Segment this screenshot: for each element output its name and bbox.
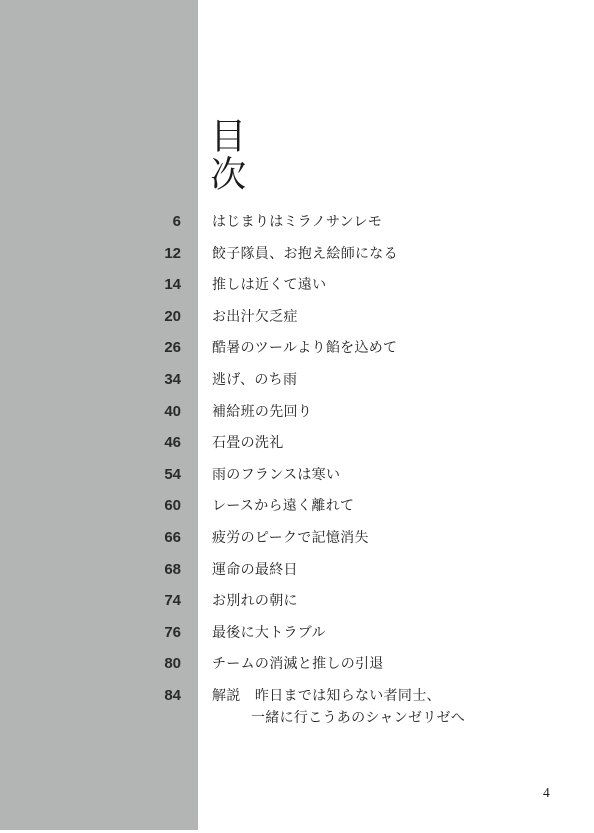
toc-page-number: 54 xyxy=(0,464,181,486)
toc-entry-title-line1: 解説 昨日までは知らない者同士、 xyxy=(212,689,441,704)
toc-entry-title-line1: 運命の最終日 xyxy=(212,563,298,578)
toc-row: 74お別れの朝に xyxy=(0,590,594,613)
toc-entry-title-line1: 酷暑のツールより餡を込めて xyxy=(212,341,397,356)
toc-entry-title: 推しは近くて遠い xyxy=(212,275,326,297)
toc-page: 目次 6はじまりはミラノサンレモ12餃子隊員、お抱え絵師になる14推しは近くて遠… xyxy=(0,0,594,833)
toc-entry-title-line1: お出汁欠乏症 xyxy=(212,310,298,325)
toc-entry-title: 最後に大トラブル xyxy=(212,623,326,645)
toc-page-number: 26 xyxy=(0,337,181,359)
toc-entry-title: 石畳の洗礼 xyxy=(212,433,284,455)
toc-entry-title-line1: お別れの朝に xyxy=(212,594,298,609)
toc-entry-title-line1: レースから遠く離れて xyxy=(212,499,354,514)
toc-page-number: 12 xyxy=(0,243,181,265)
toc-entry-title: 疲労のピークで記憶消失 xyxy=(212,528,369,550)
toc-page-number: 20 xyxy=(0,306,181,328)
toc-row: 12餃子隊員、お抱え絵師になる xyxy=(0,243,594,266)
toc-page-number: 66 xyxy=(0,527,181,549)
toc-row: 54雨のフランスは寒い xyxy=(0,464,594,487)
toc-entry-title: お別れの朝に xyxy=(212,591,298,613)
toc-row: 80チームの消滅と推しの引退 xyxy=(0,653,594,676)
toc-page-number: 60 xyxy=(0,495,181,517)
toc-entry-title-line1: 推しは近くて遠い xyxy=(212,278,326,293)
toc-row: 84解説 昨日までは知らない者同士、一緒に行こうあのシャンゼリゼへ xyxy=(0,685,594,730)
toc-entry-title: 補給班の先回り xyxy=(212,402,312,424)
toc-row: 14推しは近くて遠い xyxy=(0,274,594,297)
toc-page-number: 74 xyxy=(0,590,181,612)
toc-row: 66疲労のピークで記憶消失 xyxy=(0,527,594,550)
toc-row: 60レースから遠く離れて xyxy=(0,495,594,518)
toc-row: 20お出汁欠乏症 xyxy=(0,306,594,329)
toc-row: 6はじまりはミラノサンレモ xyxy=(0,211,594,234)
toc-page-number: 14 xyxy=(0,274,181,296)
toc-page-number: 68 xyxy=(0,559,181,581)
toc-entry-title: チームの消滅と推しの引退 xyxy=(212,654,384,676)
toc-entry-title-line1: チームの消滅と推しの引退 xyxy=(212,657,384,672)
toc-entry-title-line1: 疲労のピークで記憶消失 xyxy=(212,531,369,546)
toc-page-number: 84 xyxy=(0,685,181,707)
toc-row: 40補給班の先回り xyxy=(0,401,594,424)
toc-row: 68運命の最終日 xyxy=(0,559,594,582)
toc-entry-title-line1: 雨のフランスは寒い xyxy=(212,468,340,483)
toc-entry-title: はじまりはミラノサンレモ xyxy=(212,212,382,234)
toc-row: 34逃げ、のち雨 xyxy=(0,369,594,392)
toc-list: 6はじまりはミラノサンレモ12餃子隊員、お抱え絵師になる14推しは近くて遠い20… xyxy=(0,211,594,739)
toc-entry-title-line1: 補給班の先回り xyxy=(212,405,312,420)
toc-entry-title-line1: 石畳の洗礼 xyxy=(212,436,284,451)
toc-entry-title: 解説 昨日までは知らない者同士、一緒に行こうあのシャンゼリゼへ xyxy=(212,686,465,730)
toc-row: 76最後に大トラブル xyxy=(0,622,594,645)
toc-entry-title: 運命の最終日 xyxy=(212,560,298,582)
toc-row: 26酷暑のツールより餡を込めて xyxy=(0,337,594,360)
folio-page-number: 4 xyxy=(543,785,550,801)
toc-entry-title: お出汁欠乏症 xyxy=(212,307,298,329)
toc-entry-title: 酷暑のツールより餡を込めて xyxy=(212,338,397,360)
toc-entry-title: 逃げ、のち雨 xyxy=(212,370,297,392)
toc-page-number: 80 xyxy=(0,653,181,675)
toc-entry-title-line1: 逃げ、のち雨 xyxy=(212,373,297,388)
toc-entry-title: 餃子隊員、お抱え絵師になる xyxy=(212,244,398,266)
toc-entry-title-line1: はじまりはミラノサンレモ xyxy=(212,215,382,230)
toc-page-number: 40 xyxy=(0,401,181,423)
page-title: 目次 xyxy=(206,117,244,193)
toc-page-number: 34 xyxy=(0,369,181,391)
toc-page-number: 6 xyxy=(0,211,181,233)
toc-entry-title-line1: 餃子隊員、お抱え絵師になる xyxy=(212,247,398,262)
toc-entry-title: 雨のフランスは寒い xyxy=(212,465,340,487)
toc-page-number: 76 xyxy=(0,622,181,644)
toc-entry-title-line2: 一緒に行こうあのシャンゼリゼへ xyxy=(212,708,465,730)
toc-page-number: 46 xyxy=(0,432,181,454)
toc-entry-title-line1: 最後に大トラブル xyxy=(212,626,326,641)
toc-row: 46石畳の洗礼 xyxy=(0,432,594,455)
toc-entry-title: レースから遠く離れて xyxy=(212,496,354,518)
